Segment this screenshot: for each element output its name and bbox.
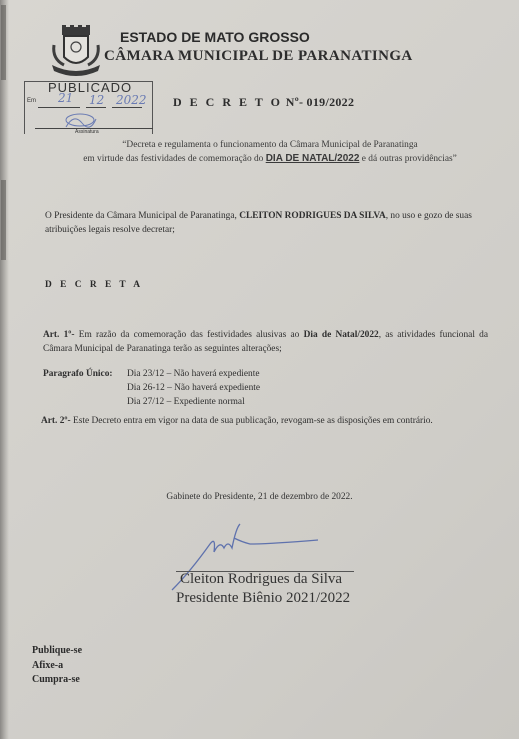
scanned-page-edge [0, 0, 9, 739]
decree-number: Nº- 019/2022 [282, 95, 354, 109]
schedule-item: Dia 27/12 – Expediente normal [127, 395, 260, 409]
state-heading: ESTADO DE MATO GROSSO [120, 29, 310, 45]
article-1-label: Art. 1º- [43, 330, 75, 340]
paragraph-label: Paragrafo Único: [43, 367, 113, 381]
article-1: Art. 1º- Em razão da comemoração das fes… [43, 328, 488, 356]
preamble: O Presidente da Câmara Municipal de Para… [45, 209, 485, 237]
summary-line-2: em virtude das festividades de comemoraç… [40, 152, 500, 166]
scan-shadow [1, 5, 6, 80]
closing-formulas: Publique-se Afixe-a Cumpra-se [32, 644, 82, 688]
signer-name: Cleiton Rodrigues da Silva [180, 571, 342, 588]
summary-text: em virtude das festividades de comemoraç… [83, 154, 266, 164]
closing-afixe: Afixe-a [32, 659, 82, 674]
article-2-label: Art. 2º- [41, 416, 71, 426]
stamp-signature-icon [60, 111, 100, 129]
place-date: Gabinete do Presidente, 21 de dezembro d… [0, 492, 519, 502]
president-name: CLEITON RODRIGUES DA SILVA [239, 211, 386, 221]
summary-text: e dá outras providências” [359, 154, 456, 164]
decree-title-word: D E C R E T O [173, 95, 282, 109]
schedule-item: Dia 26-12 – Não haverá expediente [127, 381, 260, 395]
date-line [112, 107, 142, 108]
article-1-highlight: Dia de Natal/2022 [304, 330, 379, 340]
coat-of-arms-icon [48, 25, 104, 75]
summary-highlight: DIA DE NATAL/2022 [266, 153, 360, 164]
date-line [38, 107, 80, 108]
article-2: Art. 2º- Este Decreto entra em vigor na … [41, 414, 488, 428]
preamble-text: O Presidente da Câmara Municipal de Para… [45, 211, 239, 221]
closing-cumpra: Cumpra-se [32, 673, 82, 688]
decreta-heading: D E C R E T A [45, 280, 143, 290]
chamber-heading: CÂMARA MUNICIPAL DE PARANATINGA [104, 48, 413, 65]
decree-title: D E C R E T O Nº- 019/2022 [173, 95, 354, 110]
article-text: Este Decreto entra em vigor na data de s… [71, 416, 433, 426]
schedule-item: Dia 23/12 – Não haverá expediente [127, 367, 260, 381]
date-line [86, 107, 106, 108]
article-text: Em razão da comemoração das festividades… [75, 330, 304, 340]
signer-role: Presidente Biênio 2021/2022 [176, 590, 350, 607]
paragraph-label-text: Paragrafo Único: [43, 369, 113, 379]
schedule-list: Dia 23/12 – Não haverá expediente Dia 26… [127, 367, 260, 409]
scan-shadow [1, 180, 6, 260]
stamp-year: 2022 [116, 93, 147, 107]
stamp-day: 21 [58, 91, 73, 105]
stamp-date-label: Em [27, 98, 36, 104]
stamp-signature-label: Assinatura [75, 129, 99, 135]
stamp-month: 12 [89, 93, 104, 107]
summary-line-1: “Decreta e regulamenta o funcionamento d… [40, 138, 500, 152]
decree-summary: “Decreta e regulamenta o funcionamento d… [40, 138, 500, 166]
closing-publique: Publique-se [32, 644, 82, 659]
